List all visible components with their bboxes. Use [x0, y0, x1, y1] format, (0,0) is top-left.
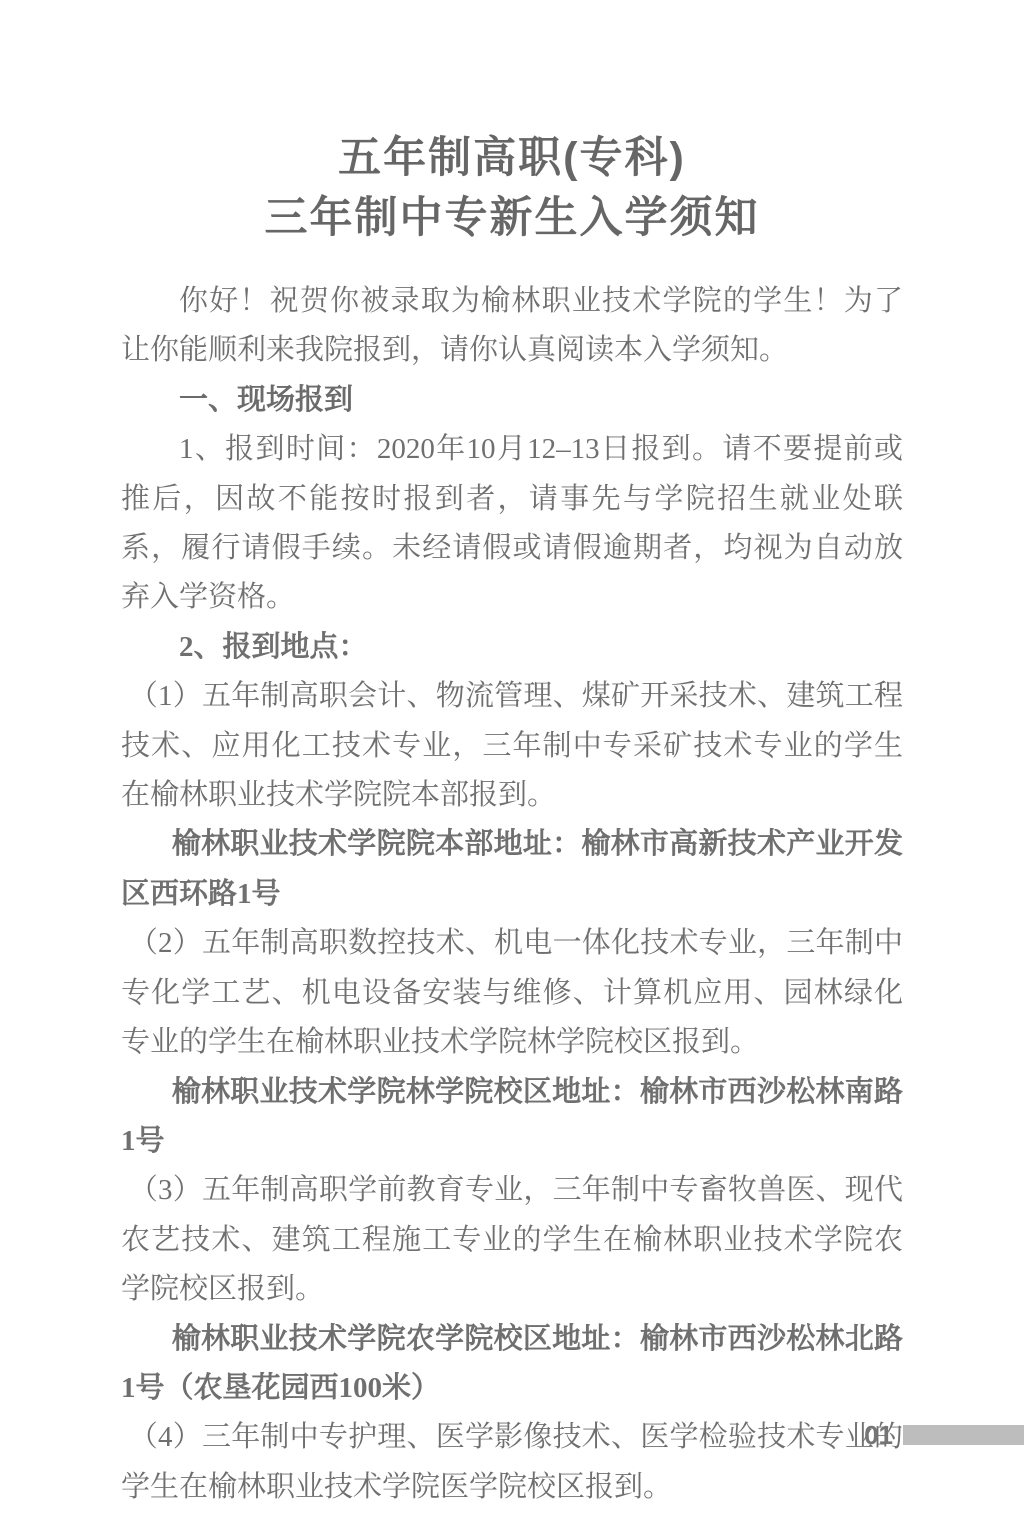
paragraph: 1、报到时间：2020年10月12–13日报到。请不要提前或推后，因故不能按时报… [121, 425, 903, 623]
title-line-1: 五年制高职(专科) [0, 128, 1024, 188]
paragraph: 一、现场报到 [121, 376, 903, 425]
paragraph: 榆林职业技术学院农学院校区地址：榆林市西沙松林北路1号（农垦花园西100米） [121, 1315, 903, 1414]
document-body: 你好！祝贺你被录取为榆林职业技术学院的学生！为了让你能顺利来我院报到，请你认真阅… [121, 277, 903, 1512]
footer-bar [903, 1425, 1024, 1445]
paragraph: （4）三年制中专护理、医学影像技术、医学检验技术专业的学生在榆林职业技术学院医学… [121, 1413, 903, 1512]
title-line-2: 三年制中专新生入学须知 [0, 188, 1024, 248]
document-page: 五年制高职(专科) 三年制中专新生入学须知 你好！祝贺你被录取为榆林职业技术学院… [0, 0, 1024, 1535]
paragraph: 榆林职业技术学院林学院校区地址：榆林市西沙松林南路1号 [121, 1068, 903, 1167]
paragraph: （2）五年制高职数控技术、机电一体化技术专业，三年制中专化学工艺、机电设备安装与… [121, 919, 903, 1067]
document-title: 五年制高职(专科) 三年制中专新生入学须知 [0, 128, 1024, 248]
paragraph: （3）五年制高职学前教育专业，三年制中专畜牧兽医、现代农艺技术、建筑工程施工专业… [121, 1166, 903, 1314]
page-number: 01 [864, 1421, 893, 1449]
paragraph: 你好！祝贺你被录取为榆林职业技术学院的学生！为了让你能顺利来我院报到，请你认真阅… [121, 277, 903, 376]
paragraph: （1）五年制高职会计、物流管理、煤矿开采技术、建筑工程技术、应用化工技术专业，三… [121, 672, 903, 820]
paragraph: 榆林职业技术学院院本部地址：榆林市高新技术产业开发区西环路1号 [121, 820, 903, 919]
paragraph: 2、报到地点： [121, 623, 903, 672]
page-footer: 01 [864, 1421, 1024, 1449]
